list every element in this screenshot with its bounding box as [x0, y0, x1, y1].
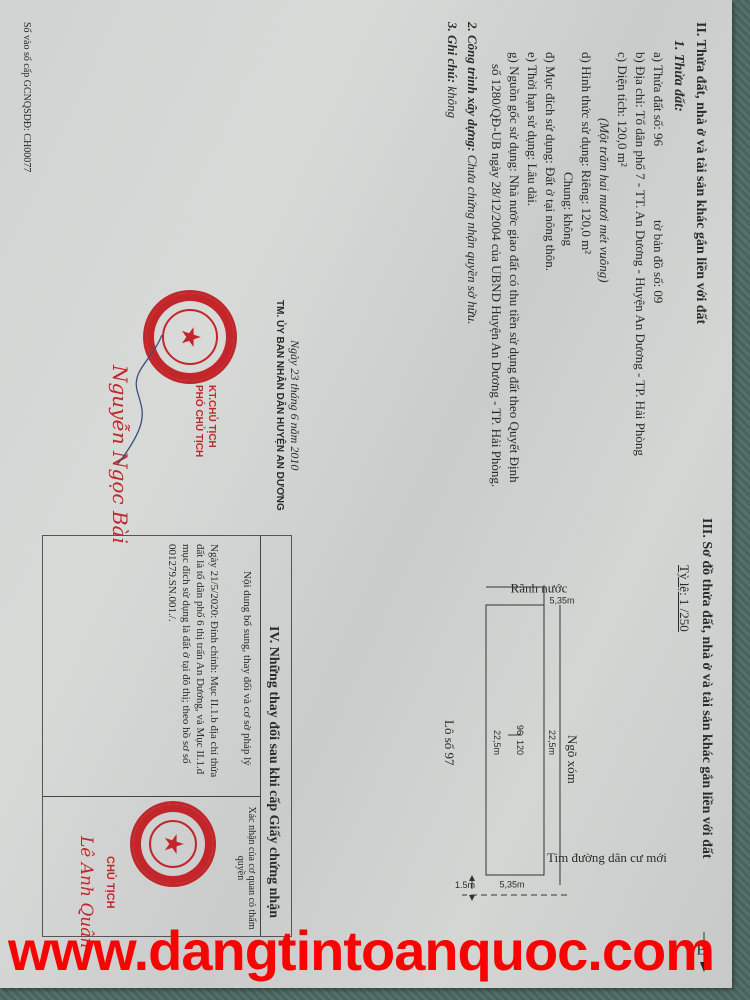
- signer1-role-2: PHÓ CHỦ TỊCH: [193, 385, 204, 457]
- construction-label: 2. Công trình xây dựng:: [465, 22, 480, 152]
- star-icon: ★: [175, 325, 205, 348]
- label-parcel-number: 96: [515, 725, 525, 735]
- label-parcel-area: 120: [515, 740, 525, 755]
- usage-origin-1: g) Nguồn gốc sử dụng: Nhà nước giao đất …: [506, 52, 522, 483]
- section3-heading: III. Sơ đồ thửa đất, nhà ở và tài sản kh…: [698, 518, 714, 859]
- signer1-role-1: KT.CHỦ TỊCH: [206, 385, 217, 448]
- usage-form: d) Hình thức sử dụng: Riêng: 120,0 m²: [578, 52, 594, 254]
- certificate-serial: Số vào sổ cấp GCNQSDĐ: CH00077: [21, 22, 32, 172]
- signer2-role: CHỦ TỊCH: [104, 856, 116, 909]
- notes-label: 3. Ghi chú:: [445, 22, 460, 83]
- label-top-width: 5,35m: [549, 596, 574, 606]
- change-entry: Ngày 21/5/2020: Đính chính: Mục II.1.b đ…: [165, 544, 221, 789]
- section2-heading: II. Thửa đất, nhà ở và tài sản khác gắn …: [692, 22, 708, 324]
- star-icon: ★: [158, 832, 188, 855]
- label-alley: Ngõ xóm: [564, 735, 580, 784]
- label-left-side: 22,5m: [492, 730, 502, 755]
- label-bottom-width: 5,35m: [499, 880, 524, 890]
- section2-sub1: 1. Thửa đất:: [670, 40, 686, 112]
- issuing-authority: TM. ỦY BAN NHÂN DÂN HUYỆN AN DƯƠNG: [274, 300, 285, 511]
- signature-scribble-1: [112, 330, 172, 470]
- construction-value: Chưa chứng nhận quyền sở hữu.: [465, 155, 480, 325]
- map-scale: Tỷ lệ: 1 /250: [676, 565, 692, 632]
- parcel-area: c) Diện tích: 120,0 m²: [614, 52, 630, 167]
- rotated-content: II. Thửa đất, nhà ở và tài sản khác gắn …: [0, 0, 732, 988]
- notes-value: không: [445, 86, 460, 118]
- usage-purpose: đ) Mục đích sử dụng: Đất ở tại nông thôn…: [542, 52, 558, 271]
- certificate-page: II. Thửa đất, nhà ở và tài sản khác gắn …: [0, 0, 732, 988]
- label-right-side: 22,5m: [547, 730, 557, 755]
- official-stamp-2: ★: [130, 801, 216, 887]
- label-neighbor-lot: Lô số 97: [441, 720, 457, 766]
- watermark-url: www.dangtintoanquoc.com: [8, 918, 714, 983]
- section4-heading: IV. Những thay đổi sau khi cấp Giấy chứn…: [265, 626, 281, 918]
- label-drain: Rãnh nước: [511, 580, 568, 596]
- parcel-number: a) Thửa đất số: 96: [650, 52, 666, 146]
- parcel-area-words: (Một trăm hai mươi mét vuông): [596, 118, 612, 283]
- col-confirm-header: Xác nhận của cơ quan có thẩm quyền: [235, 804, 257, 932]
- label-setback: 1.5m: [455, 880, 475, 890]
- col-changes-header: Nội dung bổ sung, thay đổi và cơ sở pháp…: [241, 571, 253, 766]
- usage-shared: Chung: không: [560, 172, 576, 246]
- usage-origin-2: số 1280/QĐ-UB ngày 28/12/2004 của UBND H…: [488, 64, 504, 487]
- issue-date: Ngày 23 tháng 6 năm 2010: [287, 340, 302, 470]
- map-sheet-number: tờ bản đồ số: 09: [650, 220, 666, 303]
- label-new-road: Tim đường dân cư mới: [547, 850, 667, 866]
- parcel-address: b) Địa chỉ: Tổ dân phố 7 - TT. An Dương …: [632, 52, 648, 456]
- changes-table: IV. Những thay đổi sau khi cấp Giấy chứn…: [42, 535, 292, 937]
- usage-term: e) Thời hạn sử dụng: Lâu dài.: [524, 52, 540, 206]
